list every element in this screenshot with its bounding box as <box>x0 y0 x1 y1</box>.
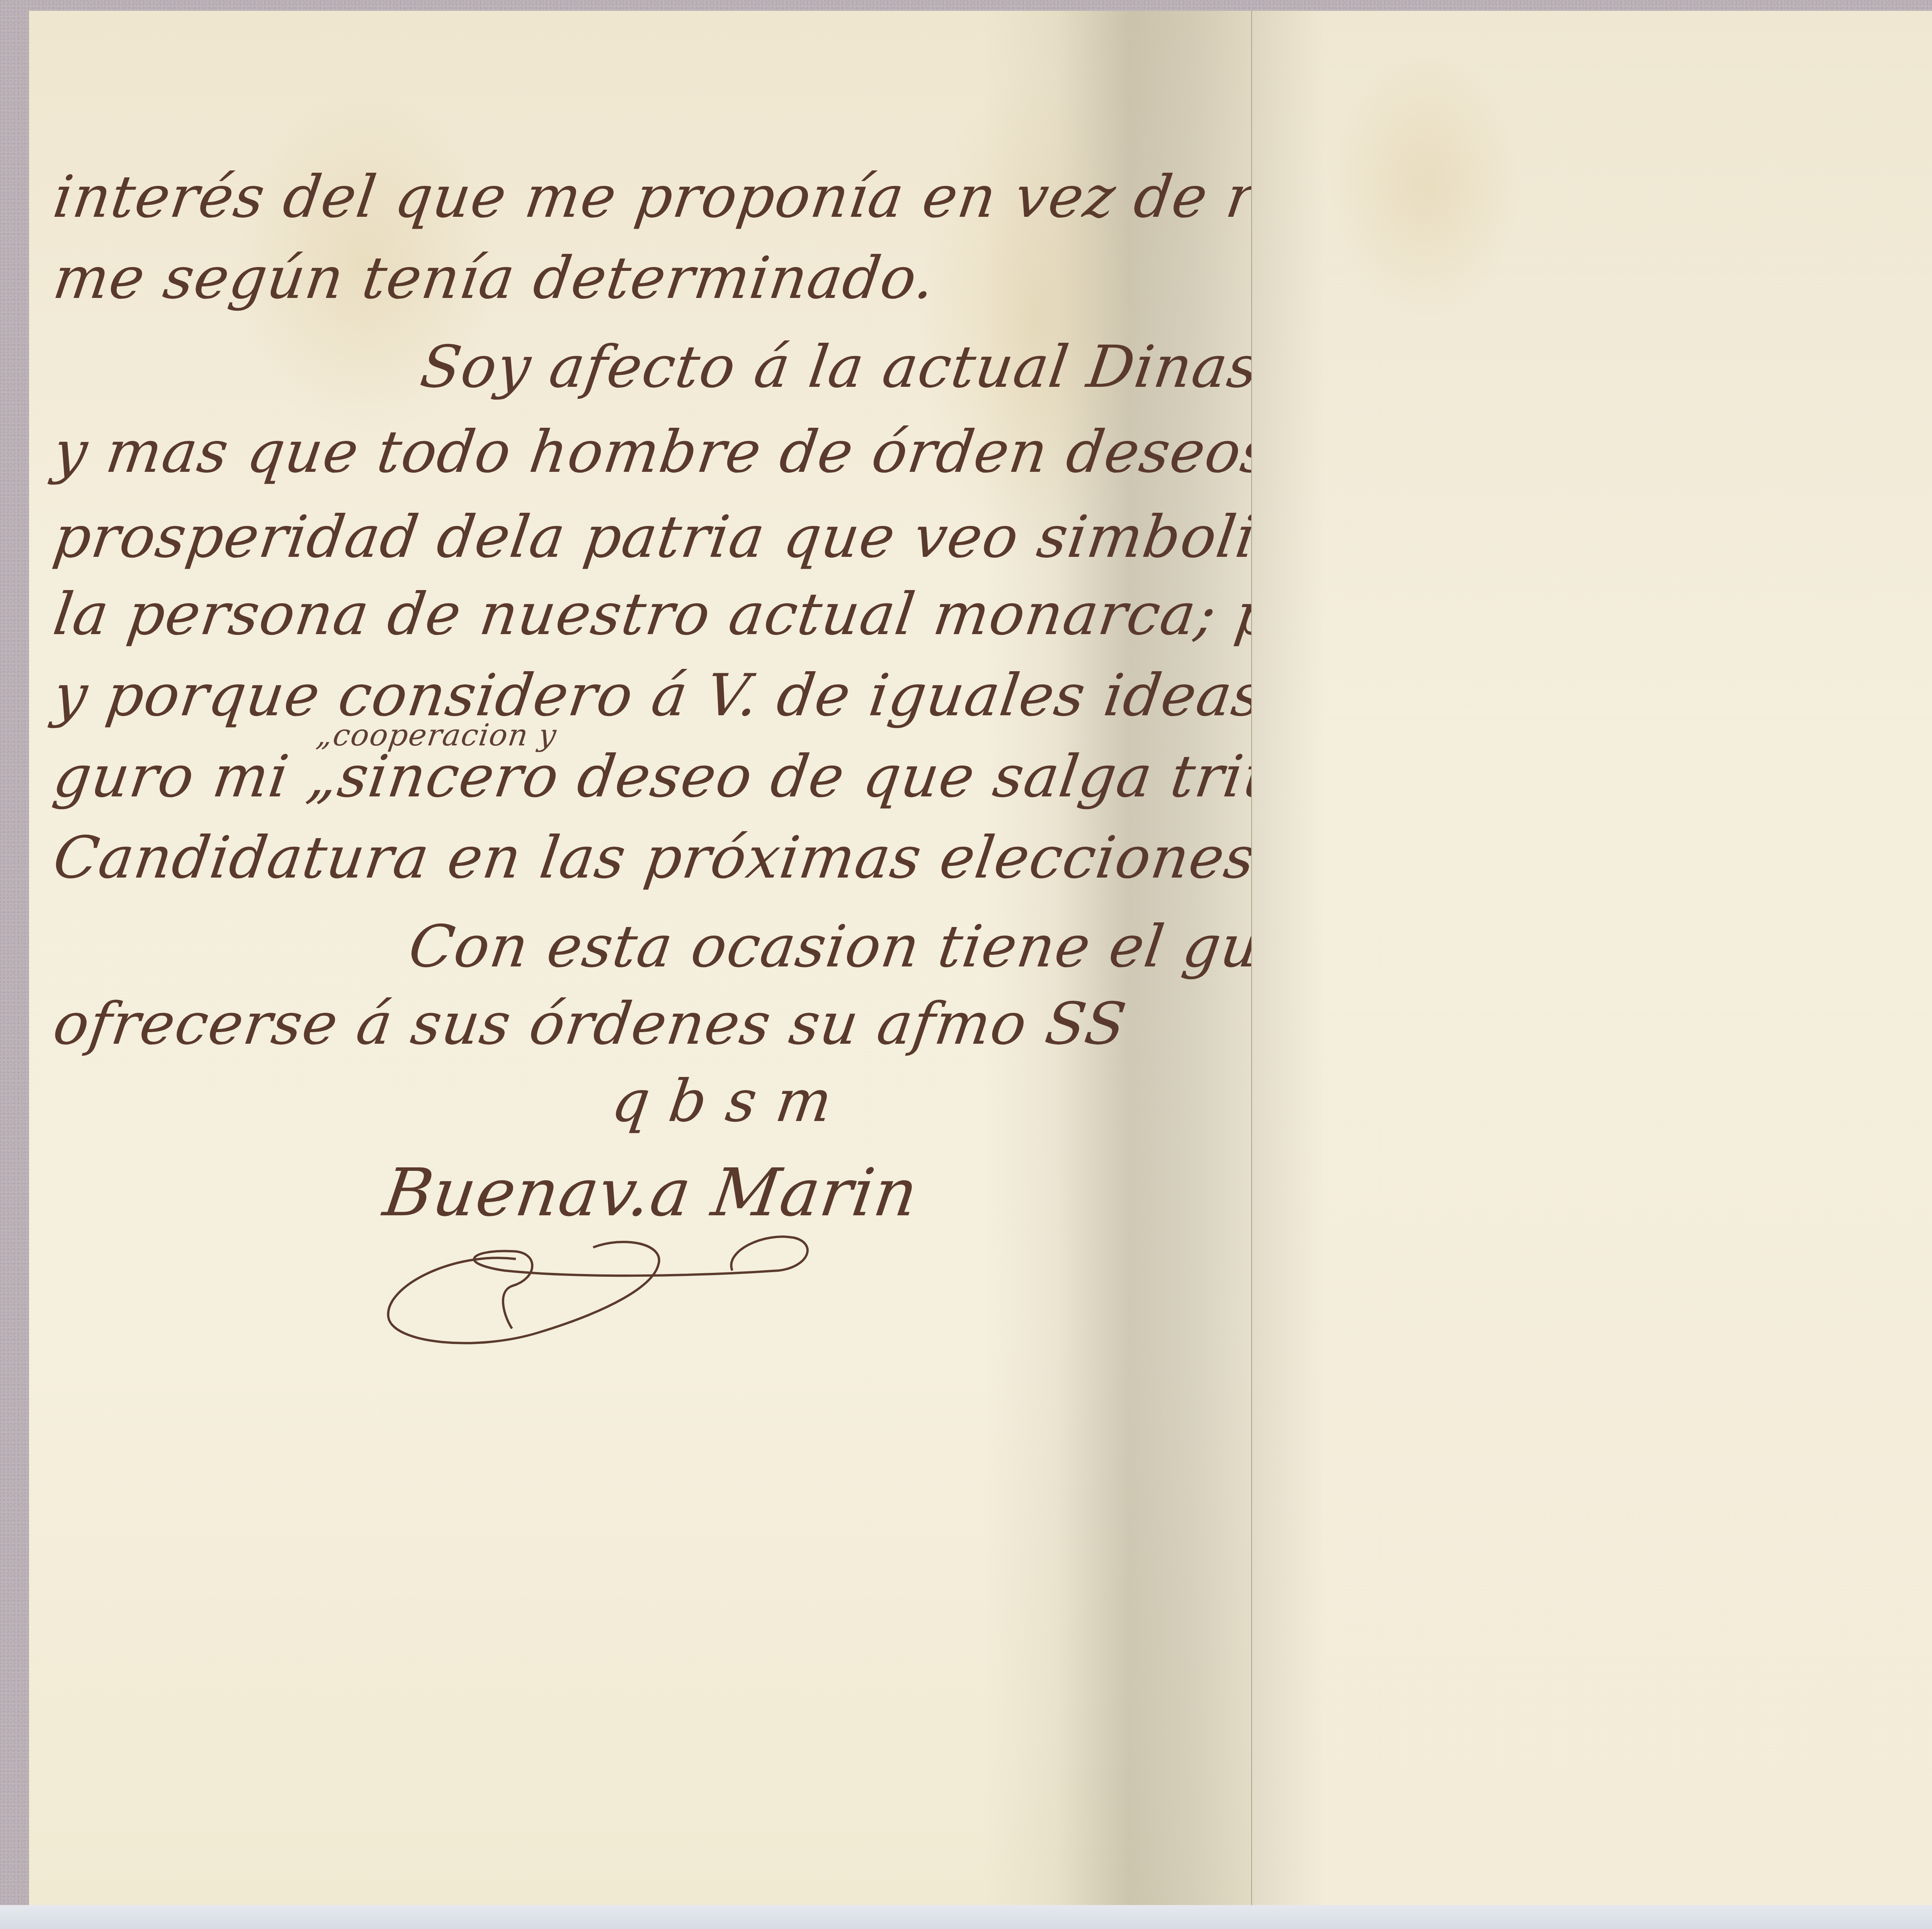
letter-line-7: y porque considero á V. de iguales ideas… <box>49 662 1252 729</box>
letter-line-8: guro mi „sincero deseo de que salga triu… <box>49 743 1252 810</box>
scan-background-bottom <box>0 1905 1932 1929</box>
letter-line-11: ofrecerse á sus órdenes su afmo SS <box>49 990 1131 1058</box>
letter-line-1: interés del que me proponía en vez de re… <box>49 163 1252 231</box>
letter-line-10: Con esta ocasion tiene el gusto de <box>405 913 1252 980</box>
letter-line-5: prosperidad dela patria que veo simboliz… <box>49 504 1252 571</box>
letter-line-4: y mas que todo hombre de órden deseoso d… <box>49 418 1252 486</box>
left-page: interés del que me proponía en vez de re… <box>29 11 1252 1905</box>
letter-line-3: Soy afecto á la actual Dinastía <box>417 333 1252 401</box>
signature-flourish-icon <box>377 1228 840 1352</box>
letter-sheet: interés del que me proponía en vez de re… <box>29 11 1932 1905</box>
right-page <box>1252 11 1932 1905</box>
closing-abbreviation: q b s m <box>608 1068 837 1135</box>
paper-stain <box>918 69 1150 571</box>
paper-stain <box>1329 49 1522 320</box>
letter-line-2: me según tenía determinado. <box>49 245 940 312</box>
letter-line-9: Candidatura en las próximas elecciones, <box>49 824 1252 891</box>
letter-line-6: la persona de nuestro actual monarca; po… <box>49 581 1252 648</box>
signature: Buenav.a Marin <box>379 1155 923 1231</box>
